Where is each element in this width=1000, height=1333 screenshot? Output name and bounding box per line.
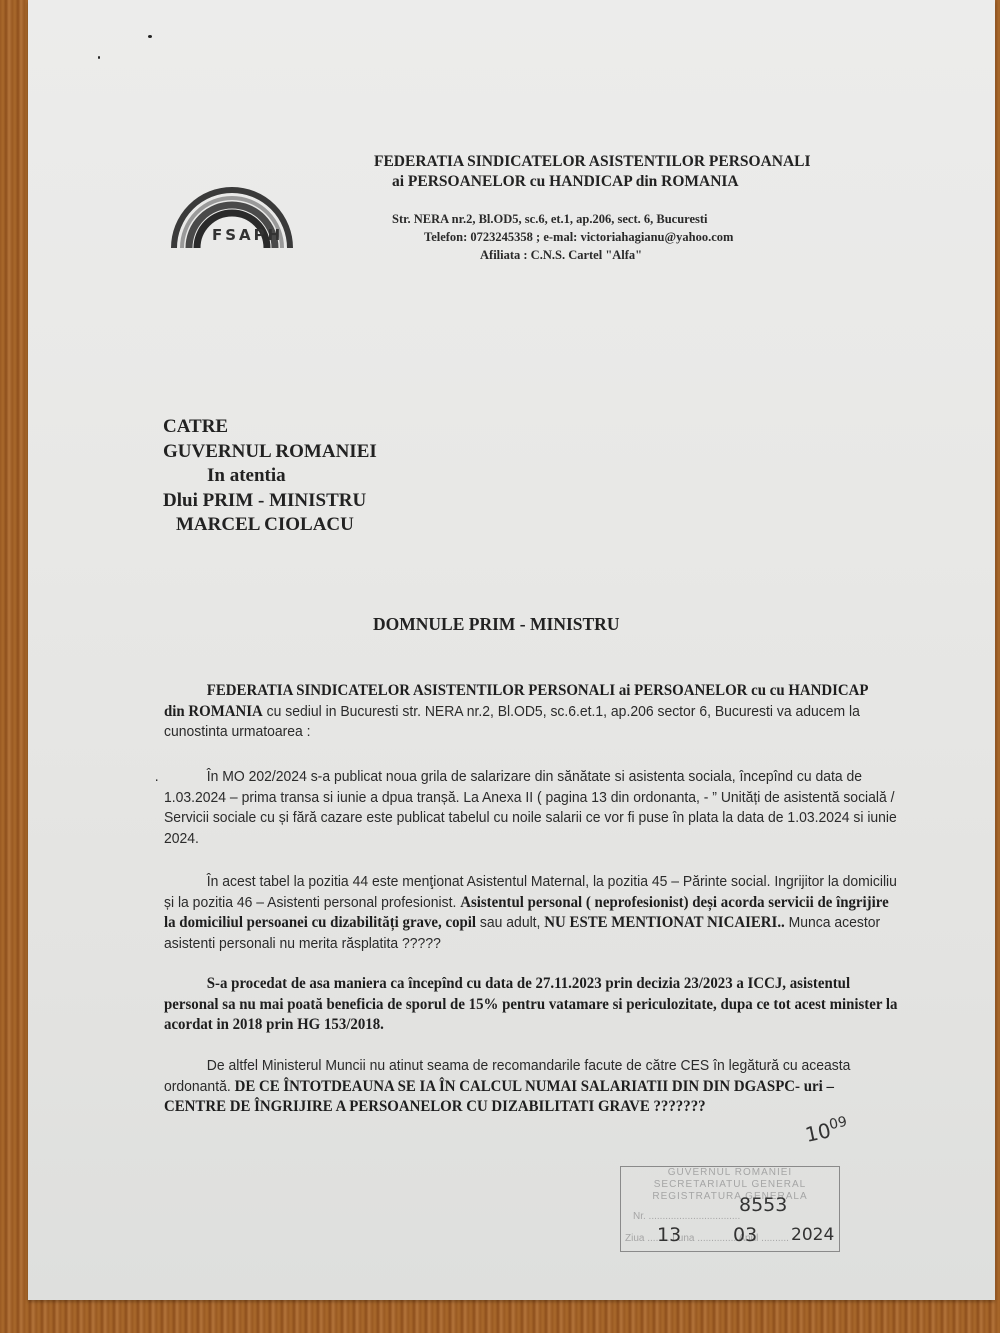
- paragraph-ministry: De altfel Ministerul Muncii nu atinut se…: [164, 1056, 899, 1118]
- paragraph-text: În MO 202/2024 s-a publicat noua grila d…: [164, 768, 897, 847]
- paragraph-iccj-decision: S-a procedat de asa maniera ca începînd …: [164, 974, 899, 1036]
- recipient-line: MARCEL CIOLACU: [163, 513, 377, 538]
- stamp-line: REGISTRATURA GENERALA: [621, 1191, 839, 1203]
- stamp-nr-label: Nr. .................................: [633, 1211, 833, 1223]
- recipient-block: CATRE GUVERNUL ROMANIEI In atentia Dlui …: [163, 415, 377, 538]
- organization-contact: Str. NERA nr.2, Bl.OD5, sc.6, et.1, ap.2…: [392, 210, 733, 264]
- salutation-heading: DOMNULE PRIM - MINISTRU: [373, 614, 619, 635]
- recipient-line: CATRE: [163, 415, 377, 440]
- logo-text: FSAPH: [212, 226, 283, 244]
- paragraph-salary-grid: .În MO 202/2024 s-a publicat noua grila …: [164, 767, 899, 849]
- registration-stamp: GUVERNUL ROMANIEI SECRETARIATUL GENERAL …: [620, 1166, 840, 1252]
- paragraph-bold: S-a procedat de asa maniera ca începînd …: [164, 975, 897, 1033]
- paragraph-bold: NU ESTE MENTIONAT NICAIERI..: [544, 914, 784, 931]
- paragraph-bold: DE CE ÎNTOTDEAUNA SE IA ÎN CALCUL NUMAI …: [164, 1078, 834, 1116]
- paper-speck: [148, 35, 152, 38]
- paragraph-text: cu sediul in Bucuresti str. NERA nr.2, B…: [164, 703, 860, 741]
- org-name-line1: FEDERATIA SINDICATELOR ASISTENTILOR PERS…: [374, 152, 811, 172]
- paper-speck: [98, 56, 100, 59]
- stamp-line: SECRETARIATUL GENERAL: [621, 1179, 839, 1191]
- registration-day: 13: [657, 1229, 681, 1241]
- org-phone-email: Telefon: 0723245358 ; e-mal: victoriahag…: [392, 228, 733, 246]
- org-name-line2: ai PERSOANELOR cu HANDICAP din ROMANIA: [374, 172, 811, 192]
- paragraph-text: sau adult,: [476, 914, 544, 931]
- recipient-line: Dlui PRIM - MINISTRU: [163, 489, 377, 514]
- handwritten-minute: 09: [828, 1114, 849, 1133]
- registration-number: 8553: [739, 1199, 787, 1211]
- organization-name: FEDERATIA SINDICATELOR ASISTENTILOR PERS…: [374, 152, 811, 192]
- stamp-line: GUVERNUL ROMANIEI: [621, 1167, 839, 1179]
- registration-month: 03: [733, 1229, 757, 1241]
- paragraph-table-positions: În acest tabel la pozitia 44 este menţio…: [164, 872, 899, 954]
- org-address: Str. NERA nr.2, Bl.OD5, sc.6, et.1, ap.2…: [392, 210, 733, 228]
- recipient-line: GUVERNUL ROMANIEI: [163, 440, 377, 465]
- paragraph-intro: FEDERATIA SINDICATELOR ASISTENTILOR PERS…: [164, 681, 889, 743]
- paragraph-lead-dot: .: [155, 767, 164, 788]
- registration-year: 2024: [791, 1229, 834, 1241]
- recipient-line: In atentia: [163, 464, 377, 489]
- org-affiliation: Afiliata : C.N.S. Cartel "Alfa": [392, 246, 733, 264]
